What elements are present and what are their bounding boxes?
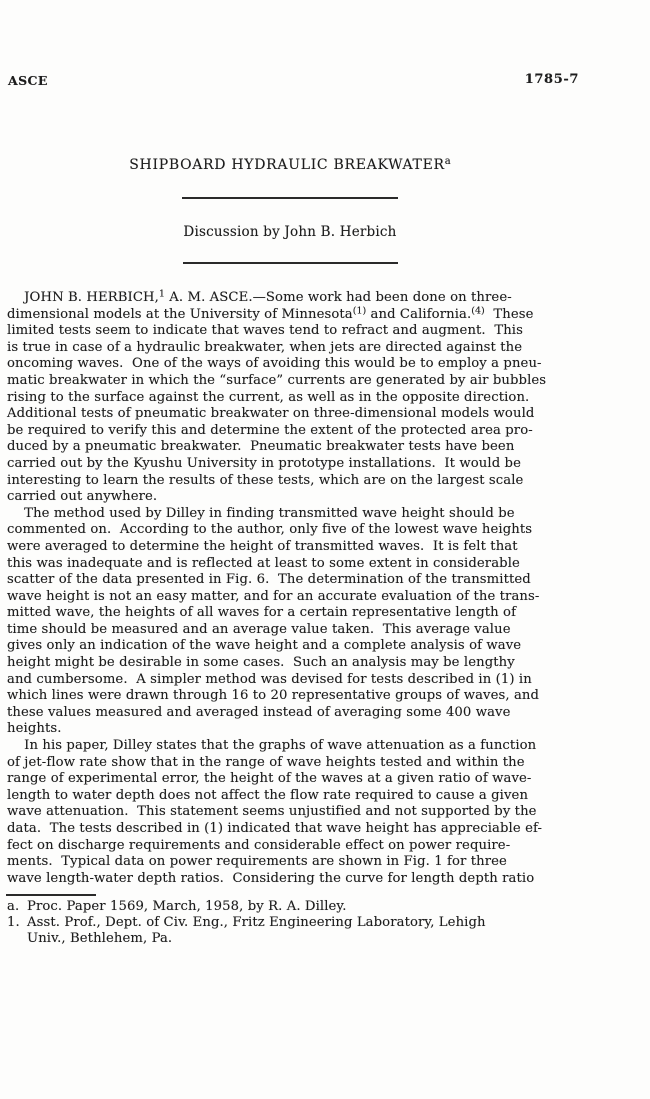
footnote-text: Proc. Paper 1569, March, 1958, by R. A. … <box>27 899 486 915</box>
text-line: of jet-flow rate show that in the range … <box>7 755 546 772</box>
text-line: time should be measured and an average v… <box>7 622 546 639</box>
text-line: wave height is not an easy matter, and f… <box>7 589 546 606</box>
title-separator-rule <box>182 197 398 199</box>
text-line: limited tests seem to indicate that wave… <box>7 323 546 340</box>
text-line: rising to the surface against the curren… <box>7 390 546 407</box>
text-line: is true in case of a hydraulic breakwate… <box>7 340 546 357</box>
text-line: these values measured and averaged inste… <box>7 705 546 722</box>
text-line: this was inadequate and is reflected at … <box>7 556 546 573</box>
text-line: scatter of the data presented in Fig. 6.… <box>7 572 546 589</box>
title-footnote-marker: a <box>445 156 451 167</box>
text-line: heights. <box>7 721 546 738</box>
reference-marker-1: (1) <box>353 305 366 316</box>
footnote-item-a: a. Proc. Paper 1569, March, 1958, by R. … <box>7 899 486 915</box>
text-line: gives only an indication of the wave hei… <box>7 638 546 655</box>
footnote-label: 1. <box>7 915 27 931</box>
text-line: Univ., Bethlehem, Pa. <box>27 931 486 947</box>
paragraph-1-lines: limited tests seem to indicate that wave… <box>7 323 546 506</box>
text-line: wave attenuation. This statement seems u… <box>7 804 546 821</box>
scanned-paper-page: ASCE 1785-7 SHIPBOARD HYDRAULIC BREAKWAT… <box>0 0 650 1099</box>
line-segment: dimensional models at the University of … <box>7 307 353 322</box>
text-line: height might be desirable in some cases.… <box>7 655 546 672</box>
text-line: wave length-water depth ratios. Consider… <box>7 871 546 888</box>
discussion-byline: Discussion by John B. Herbich <box>0 224 580 240</box>
paragraph-3: In his paper, Dilley states that the gra… <box>7 738 546 887</box>
text-line: be required to verify this and determine… <box>7 423 546 440</box>
text-line: mitted wave, the heights of all waves fo… <box>7 605 546 622</box>
footnote-label: a. <box>7 899 27 915</box>
text-line: ments. Typical data on power requirement… <box>7 854 546 871</box>
text-line: duced by a pneumatic breakwater. Pneumat… <box>7 439 546 456</box>
text-line: interesting to learn the results of thes… <box>7 473 546 490</box>
text-line: dimensional models at the University of … <box>7 307 546 324</box>
line-segment: These <box>485 307 534 322</box>
text-line: matic breakwater in which the “surface” … <box>7 373 546 390</box>
footnote-list: a. Proc. Paper 1569, March, 1958, by R. … <box>7 899 486 948</box>
text-line: JOHN B. HERBICH,1 A. M. ASCE.—Some work … <box>7 290 546 307</box>
reference-marker-4: (4) <box>471 305 484 316</box>
line-segment: JOHN B. HERBICH, <box>7 290 159 305</box>
text-line: which lines were drawn through 16 to 20 … <box>7 688 546 705</box>
text-line: and cumbersome. A simpler method was dev… <box>7 672 546 689</box>
text-line: data. The tests described in (1) indicat… <box>7 821 546 838</box>
paper-title-text: SHIPBOARD HYDRAULIC BREAKWATER <box>129 157 444 173</box>
running-head-society: ASCE <box>8 73 48 88</box>
text-line: commented on. According to the author, o… <box>7 522 546 539</box>
text-line: length to water depth does not affect th… <box>7 788 546 805</box>
paper-title: SHIPBOARD HYDRAULIC BREAKWATERa <box>0 156 580 173</box>
text-line: Additional tests of pneumatic breakwater… <box>7 406 546 423</box>
running-head-paper-number: 1785-7 <box>525 72 579 87</box>
footnote-separator-rule <box>6 894 96 896</box>
footnote-text: Asst. Prof., Dept. of Civ. Eng., Fritz E… <box>27 915 486 947</box>
byline-separator-rule <box>183 262 398 264</box>
line-segment: and California. <box>366 307 471 322</box>
body-text-block: JOHN B. HERBICH,1 A. M. ASCE.—Some work … <box>7 290 546 887</box>
text-line: fect on discharge requirements and consi… <box>7 838 546 855</box>
text-line: oncoming waves. One of the ways of avoid… <box>7 356 546 373</box>
text-line: In his paper, Dilley states that the gra… <box>7 738 546 755</box>
text-line: carried out anywhere. <box>7 489 546 506</box>
text-line: Proc. Paper 1569, March, 1958, by R. A. … <box>27 899 486 915</box>
line-segment: A. M. ASCE.—Some work had been done on t… <box>165 290 512 305</box>
text-line: were averaged to determine the height of… <box>7 539 546 556</box>
footnote-item-1: 1. Asst. Prof., Dept. of Civ. Eng., Frit… <box>7 915 486 947</box>
text-line: carried out by the Kyushu University in … <box>7 456 546 473</box>
text-line: range of experimental error, the height … <box>7 771 546 788</box>
text-line: Asst. Prof., Dept. of Civ. Eng., Fritz E… <box>27 915 486 931</box>
paragraph-2: The method used by Dilley in finding tra… <box>7 506 546 738</box>
paragraph-1: JOHN B. HERBICH,1 A. M. ASCE.—Some work … <box>7 290 546 506</box>
text-line: The method used by Dilley in finding tra… <box>7 506 546 523</box>
